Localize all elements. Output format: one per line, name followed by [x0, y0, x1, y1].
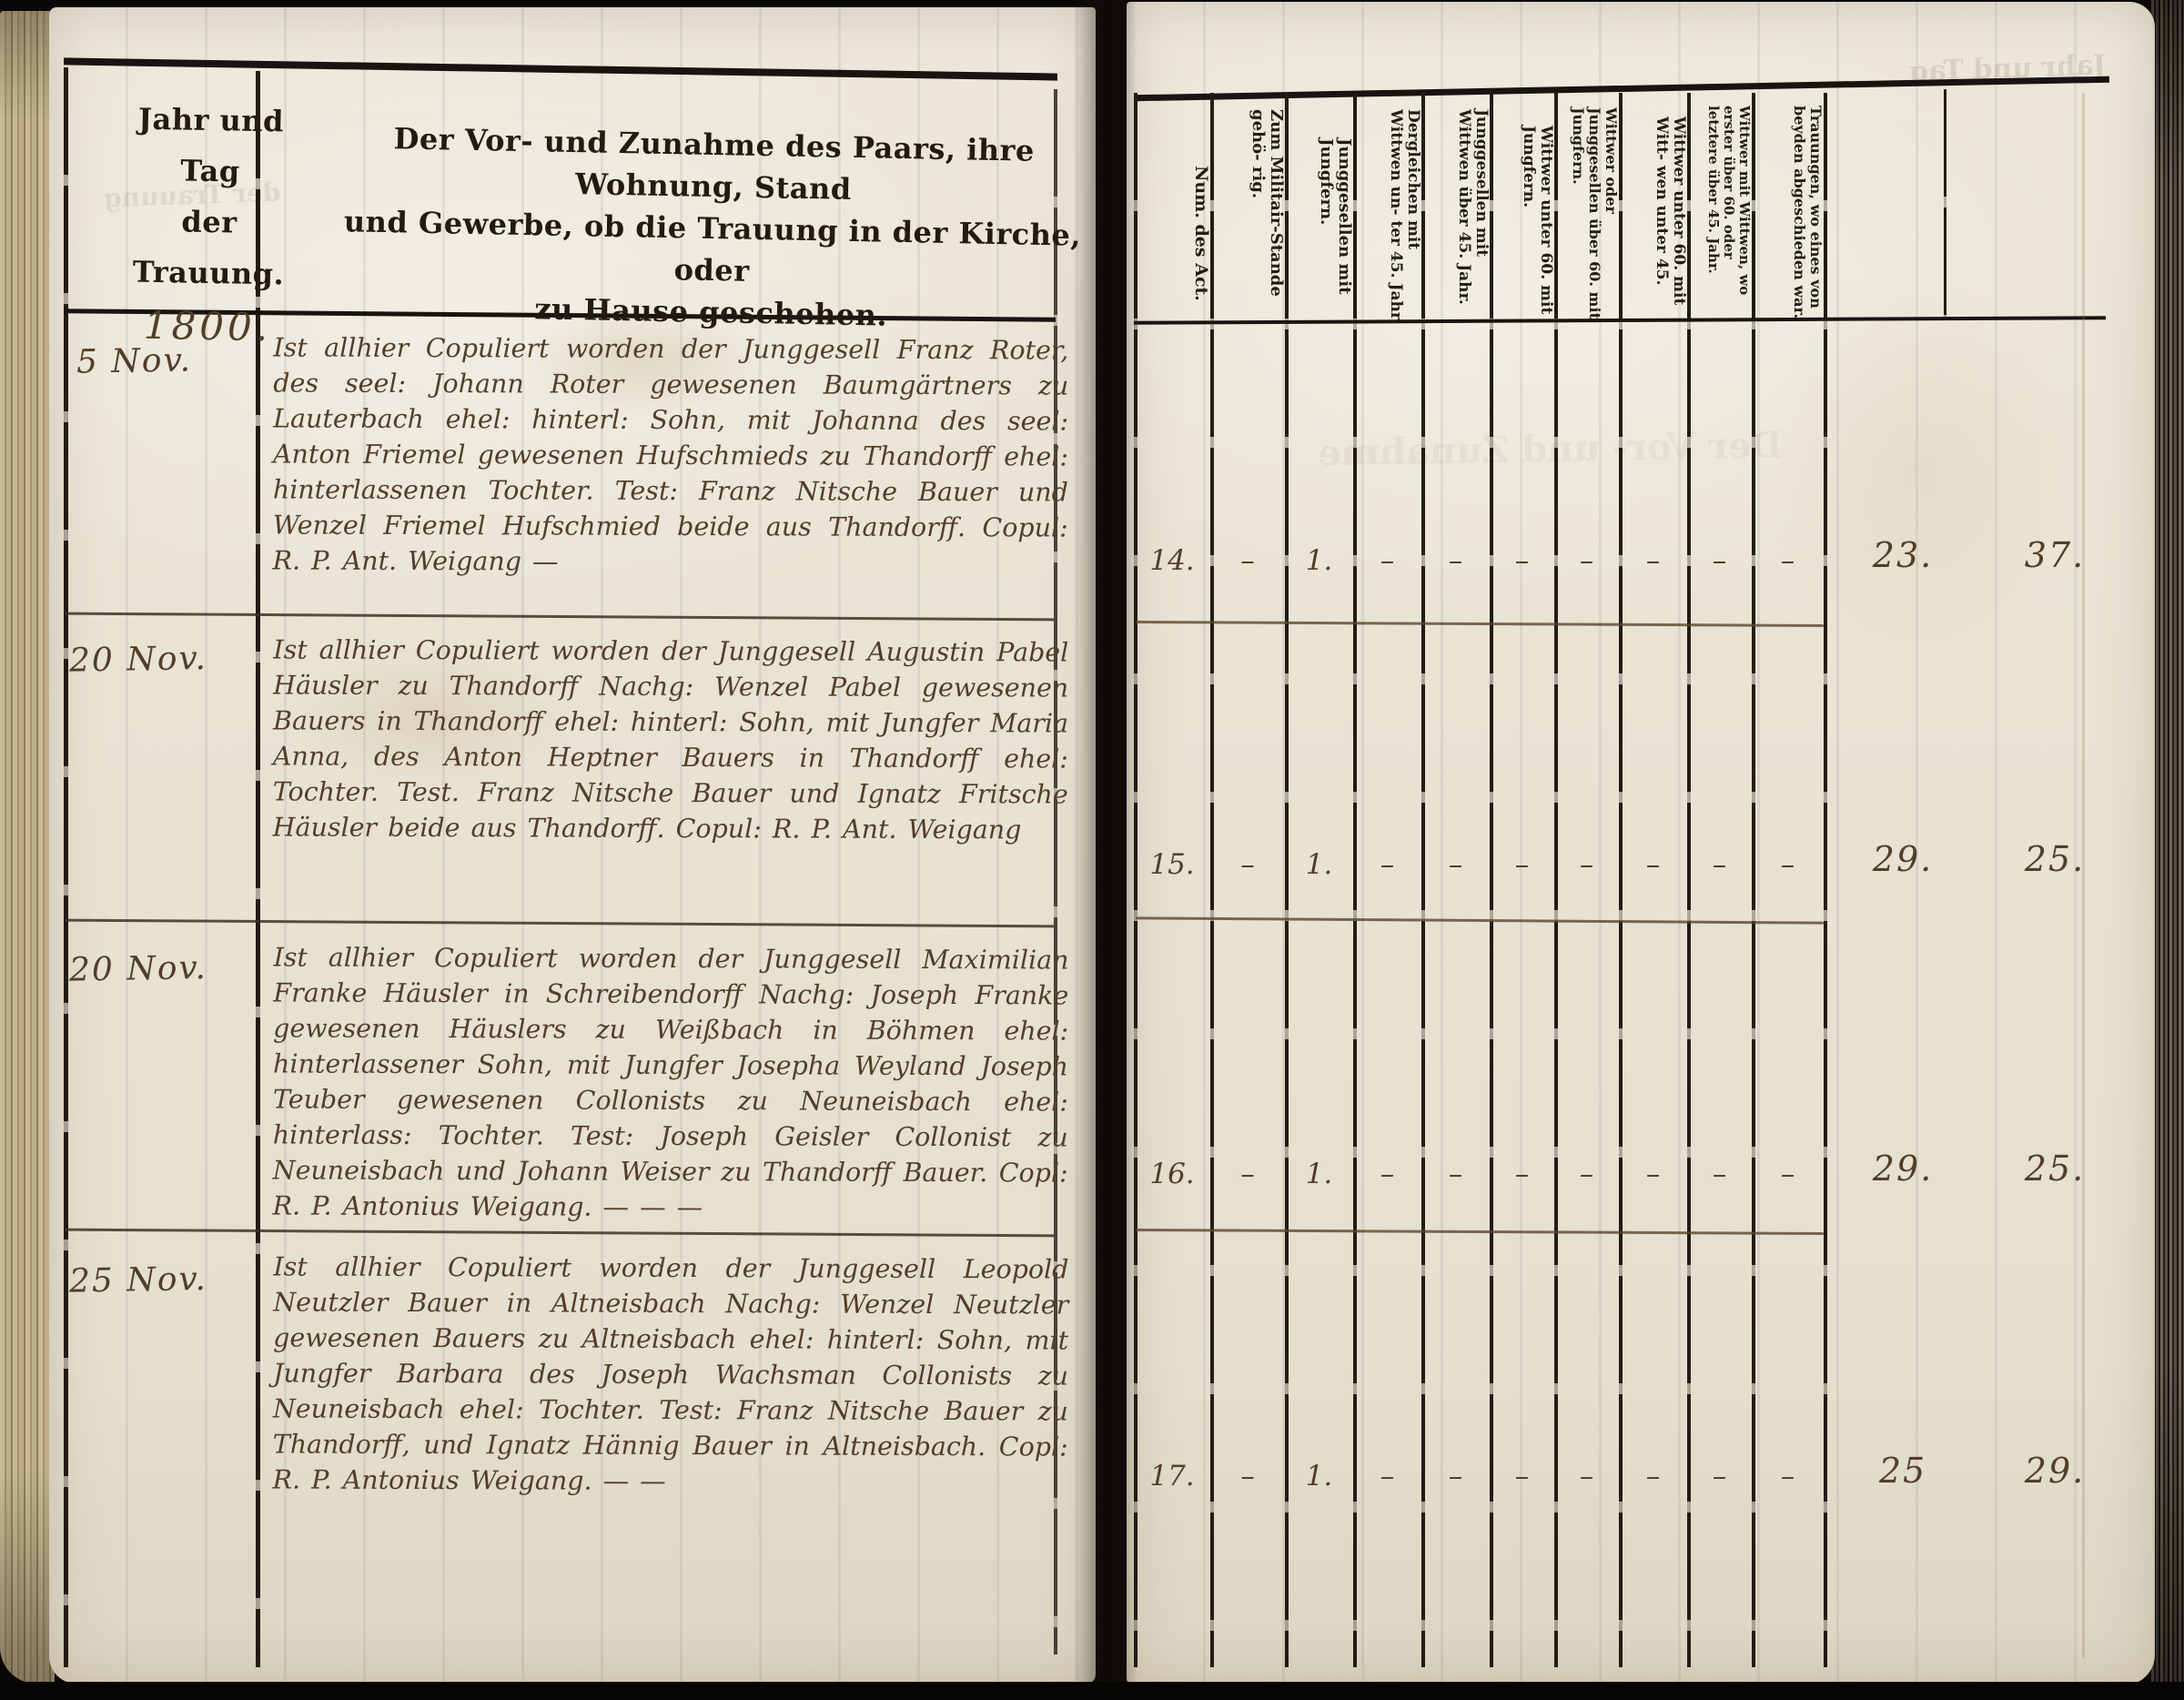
bride-age: 25.: [1982, 1149, 2128, 1189]
left-page: der Trauung Jahr und Tag der Trauung. 18…: [49, 7, 1096, 1684]
stat-cell: –: [1210, 848, 1285, 881]
stat-column-header: Trauungen, wo eines von beyden abgeschie…: [1752, 96, 1824, 322]
stat-cell: –: [1210, 544, 1285, 577]
stat-cell: –: [1210, 1460, 1285, 1493]
stat-column-header: Wittwer unter 60. mit Witt- wen unter 45…: [1619, 96, 1687, 322]
stat-cell: 1.: [1285, 1158, 1353, 1190]
stat-column-header: Zum Militair-Stande gehö- rig.: [1210, 96, 1285, 322]
stat-cell: –: [1619, 1158, 1687, 1190]
entry-date: 5 Nov.: [76, 340, 250, 380]
header-line: der: [113, 195, 307, 249]
stat-cell: –: [1554, 1158, 1619, 1190]
stat-cell: –: [1619, 848, 1687, 881]
groom-age: 29.: [1835, 1149, 1971, 1189]
stat-row: 14.–1.–––––––: [1134, 544, 1827, 577]
stat-cell: 16.: [1134, 1158, 1210, 1190]
stat-cell: –: [1554, 1460, 1619, 1493]
stat-cell: –: [1687, 848, 1752, 881]
header-line: Trauung.: [112, 246, 306, 300]
stat-cell: –: [1421, 848, 1490, 881]
stat-cell: –: [1490, 1158, 1554, 1190]
stat-cell: –: [1421, 544, 1490, 577]
entry-text: Ist allhier Copuliert worden der Jungges…: [273, 329, 1069, 581]
stat-cell: 1.: [1285, 544, 1353, 577]
stat-column-label: Wittwer mit Wittwen, wo erster über 60. …: [1696, 102, 1752, 322]
left-page-edge-stack: [0, 11, 55, 1684]
right-page-edge-stack: [2151, 0, 2184, 1700]
groom-age: 23.: [1835, 535, 1971, 575]
stat-column-header: Num. des Act.: [1134, 96, 1210, 322]
stat-column-header: Wittwer oder Junggesellen über 60. mit J…: [1554, 96, 1619, 322]
stat-cell: 15.: [1134, 848, 1210, 881]
stat-cell: –: [1421, 1460, 1490, 1493]
stat-cell: –: [1619, 1460, 1687, 1493]
date-column-header: Jahr und Tag der Trauung. 1800.: [111, 93, 308, 350]
stat-cell: –: [1490, 1460, 1554, 1493]
stat-cell: –: [1554, 544, 1619, 577]
entry-date: 20 Nov.: [69, 948, 243, 988]
entry-text: Ist allhier Copuliert worden der Jungges…: [273, 632, 1069, 847]
stat-column-label: Wittwer unter 60. mit Witt- wen unter 45…: [1628, 102, 1687, 333]
header-line: Jahr und Tag: [113, 93, 308, 198]
entry-text: Ist allhier Copuliert worden der Jungges…: [273, 1249, 1069, 1500]
stat-cell: –: [1490, 848, 1554, 881]
stat-column-label: Dergleichen mit Wittwen un- ter 45. Jahr…: [1362, 102, 1421, 326]
entry-date: 25 Nov.: [69, 1260, 243, 1300]
stat-column-label: Zum Militair-Stande gehö- rig.: [1219, 102, 1285, 326]
entry-text: Ist allhier Copuliert worden der Jungges…: [272, 939, 1068, 1226]
main-column-header: Der Vor- und Zunahme des Paars, ihre Woh…: [320, 116, 1105, 340]
stat-cell: –: [1421, 1158, 1490, 1190]
bride-age: 29.: [1982, 1451, 2128, 1491]
stat-row: 17.–1.–––––––: [1134, 1460, 1827, 1493]
stat-cell: –: [1687, 1460, 1752, 1493]
stat-column-header: Junggesellen mit Wittwen über 45. Jahr.: [1421, 96, 1490, 322]
stat-column-label: Trauungen, wo eines von beyden abgeschie…: [1761, 102, 1824, 322]
stat-cell: –: [1353, 848, 1421, 881]
stat-column-label: Junggesellen mit Jungfern.: [1294, 102, 1353, 355]
stat-column-header: Wittwer unter 60. mit Jungfern.: [1490, 96, 1554, 322]
stat-column-header: Dergleichen mit Wittwen un- ter 45. Jahr…: [1353, 96, 1421, 322]
stat-cell: 1.: [1285, 1460, 1353, 1493]
groom-age: 29.: [1835, 839, 1971, 879]
table-line: [64, 67, 68, 1667]
stat-column-label: Wittwer oder Junggesellen über 60. mit J…: [1563, 102, 1619, 324]
bride-age: 37.: [1982, 535, 2128, 575]
church-register-scan: der Trauung Jahr und Tag der Trauung. 18…: [0, 0, 2184, 1700]
stat-cell: 14.: [1134, 544, 1210, 577]
stat-cell: 1.: [1285, 848, 1353, 881]
stat-row: 16.–1.–––––––: [1134, 1158, 1827, 1190]
header-line: und Gewerbe, ob die Trauung in der Kirch…: [321, 200, 1104, 299]
stat-cell: –: [1687, 544, 1752, 577]
header-line: Der Vor- und Zunahme des Paars, ihre Woh…: [323, 116, 1106, 215]
stat-cell: –: [1210, 1158, 1285, 1190]
stat-cell: –: [1554, 848, 1619, 881]
stat-column-header: Junggesellen mit Jungfern.: [1285, 96, 1353, 322]
right-page: Jahr und Tag Der Vor- und Zunahme Num. d…: [1127, 2, 2155, 1685]
stat-cell: –: [1752, 544, 1824, 577]
stat-cell: –: [1353, 544, 1421, 577]
stat-cell: –: [1353, 1460, 1421, 1493]
stat-column-label: Num. des Act.: [1143, 102, 1210, 382]
stat-cell: –: [1687, 1158, 1752, 1190]
stat-cell: –: [1752, 848, 1824, 881]
stat-cell: –: [1752, 1460, 1824, 1493]
stat-cell: –: [1619, 544, 1687, 577]
stat-column-label: Wittwer unter 60. mit Jungfern.: [1499, 102, 1554, 342]
book-bottom-shadow: [0, 1682, 2184, 1700]
entry-date: 20 Nov.: [69, 639, 243, 679]
stat-column-label: Junggesellen mit Wittwen über 45. Jahr.: [1431, 102, 1490, 326]
table-line: [1944, 89, 1946, 320]
groom-age: 25: [1835, 1451, 1971, 1491]
stat-row: 15.–1.–––––––: [1134, 848, 1827, 881]
stat-cell: –: [1490, 544, 1554, 577]
bride-age: 25.: [1982, 839, 2128, 879]
stat-column-header: Wittwer mit Wittwen, wo erster über 60. …: [1687, 96, 1752, 322]
stat-cell: –: [1353, 1158, 1421, 1190]
stat-cell: 17.: [1134, 1460, 1210, 1493]
stat-cell: –: [1752, 1158, 1824, 1190]
